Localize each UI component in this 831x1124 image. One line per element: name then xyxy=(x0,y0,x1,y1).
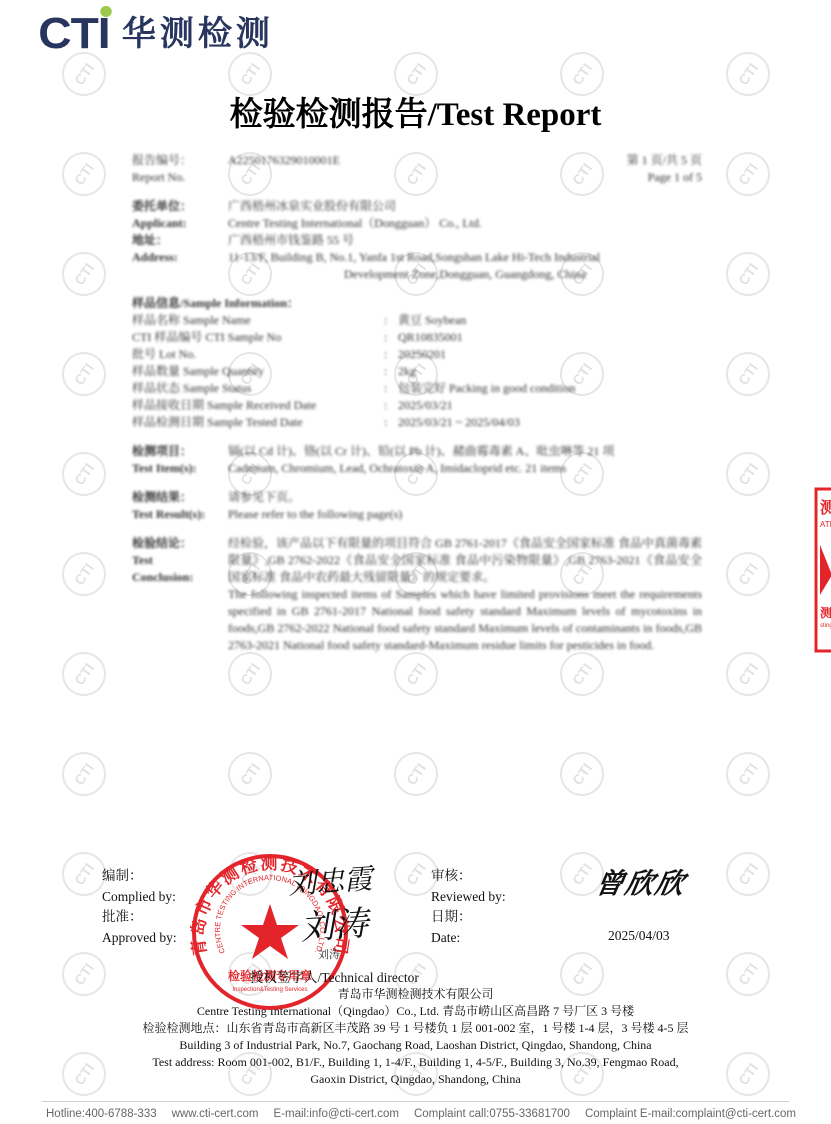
company-line-2: Centre Testing International（Qingdao）Co.… xyxy=(0,1003,831,1020)
report-title: 检验检测报告/Test Report xyxy=(0,88,831,135)
report-body: 报告编号： A2250176329010001E Report No. 第 1 … xyxy=(132,152,702,666)
cti-watermark-icon: CTI xyxy=(551,743,612,804)
report-no-label-cn: 报告编号： xyxy=(132,152,228,169)
page-number-cn: 第 1 页/共 5 页 xyxy=(627,152,702,169)
cti-watermark-icon: CTI xyxy=(385,743,446,804)
test-items-label-en: Test Item(s): xyxy=(132,460,228,477)
cti-logo: CTI 华测检测 xyxy=(40,12,274,56)
conclusion-label: 检验结论： Test Conclusion: xyxy=(132,535,228,654)
sample-info-label: 样品状态 Sample Status xyxy=(132,380,384,397)
conclusion-label-en-1: Test xyxy=(132,552,228,569)
cti-watermark-icon: CTI xyxy=(53,743,114,804)
sample-info-section: 样品信息/Sample Information： 样品名称 Sample Nam… xyxy=(132,295,702,431)
date-label-en: Date: xyxy=(431,928,506,949)
applicant-label-cn: 委托单位： xyxy=(132,198,228,215)
page-number-en: Page 1 of 5 xyxy=(627,169,702,186)
address-value-en-1: 11-13/F, Building B, No.1, Yanfa 1st Roa… xyxy=(228,249,702,266)
cti-watermark-icon: CTI xyxy=(717,243,778,304)
sample-info-colon: : xyxy=(384,346,398,363)
conclusion-section: 检验结论： Test Conclusion: 经检验，该产品以下有限量的项目符合… xyxy=(132,535,702,654)
test-items-value-cn: 镉(以 Cd 计)、铬(以 Cr 计)、铅(以 Pb 计)、赭曲霉毒素 A、吡虫… xyxy=(228,443,702,460)
conclusion-label-cn: 检验结论： xyxy=(132,535,228,552)
sample-info-label: 样品检测日期 Sample Tested Date xyxy=(132,414,384,431)
conclusion-label-en-2: Conclusion: xyxy=(132,569,228,586)
conclusion-value: 经检验，该产品以下有限量的项目符合 GB 2761-2017《食品安全国家标准 … xyxy=(228,535,702,654)
sample-info-value: 20250201 xyxy=(398,346,446,363)
company-line-6: Gaoxin District, Qingdao, Shandong, Chin… xyxy=(0,1071,831,1088)
cti-watermark-icon: CTI xyxy=(717,443,778,504)
page-edge-seal-stamp: 测 ATIO 测专 sting xyxy=(812,485,831,655)
cti-watermark-icon: CTI xyxy=(53,543,114,604)
sample-info-list: 样品名称 Sample Name:黄豆 SoybeanCTI 样品编号 CTI … xyxy=(132,312,702,431)
cti-watermark-icon: CTI xyxy=(53,643,114,704)
cti-watermark-icon: CTI xyxy=(717,743,778,804)
signature-labels-left: 编制： Complied by: 批准： Approved by: xyxy=(102,866,177,948)
sample-info-row: 样品数量 Sample Quantity:2kg xyxy=(132,363,702,380)
cti-watermark-icon: CTI xyxy=(717,343,778,404)
conclusion-value-cn: 经检验，该产品以下有限量的项目符合 GB 2761-2017《食品安全国家标准 … xyxy=(228,535,702,586)
reviewer-signature: 曾欣欣 xyxy=(592,862,689,902)
sample-info-colon: : xyxy=(384,329,398,346)
report-number-section: 报告编号： A2250176329010001E Report No. 第 1 … xyxy=(132,152,702,186)
svg-text:ATIO: ATIO xyxy=(820,520,831,529)
svg-text:测专: 测专 xyxy=(820,605,831,620)
test-items-label-cn: 检测项目： xyxy=(132,443,228,460)
sample-info-colon: : xyxy=(384,414,398,431)
test-results-label-cn: 检测结果： xyxy=(132,489,228,506)
footer-hotline: Hotline:400-6788-333 xyxy=(46,1108,157,1120)
sample-info-value: 黄豆 Soybean xyxy=(398,312,466,329)
sample-info-row: 批号 Lot No.:20250201 xyxy=(132,346,702,363)
applicant-label-en: Applicant: xyxy=(132,215,228,232)
test-results-value-en: Please refer to the following page(s) xyxy=(228,506,702,523)
svg-text:sting: sting xyxy=(820,623,831,629)
applicant-value-cn: 广西梧州冰泉实业股份有限公司 xyxy=(228,198,702,215)
sample-info-label: CTI 样品编号 CTI Sample No xyxy=(132,329,384,346)
logo-brand: CTI xyxy=(38,12,109,56)
test-results-label-en: Test Result(s): xyxy=(132,506,228,523)
footer-complaint-call: Complaint call:0755-33681700 xyxy=(414,1108,570,1120)
cti-watermark-icon: CTI xyxy=(53,343,114,404)
sample-info-value: 2025/03/21 xyxy=(398,397,453,414)
company-line-5: Test address: Room 001-002, B1/F., Build… xyxy=(0,1054,831,1071)
signature-labels-right: 审核： Reviewed by: 日期： Date: xyxy=(431,866,506,948)
footer-email[interactable]: E-mail:info@cti-cert.com xyxy=(274,1108,399,1120)
page-number: 第 1 页/共 5 页 Page 1 of 5 xyxy=(627,152,702,186)
address-label-en: Address: xyxy=(132,249,228,266)
cti-watermark-icon: CTI xyxy=(717,143,778,204)
address-value-cn: 广西梧州市钱鉴路 55 号 xyxy=(228,232,702,249)
footer-complaint-email[interactable]: Complaint E-mail:complaint@cti-cert.com xyxy=(585,1108,796,1120)
cti-watermark-icon: CTI xyxy=(53,143,114,204)
sample-info-colon: : xyxy=(384,363,398,380)
address-label-cn: 地址： xyxy=(132,232,228,249)
company-name-cn: 青岛市华测检测技术有限公司 xyxy=(0,986,831,1003)
sample-info-label: 样品名称 Sample Name xyxy=(132,312,384,329)
signer-role: 授权签字人/Technical director xyxy=(250,966,419,986)
logo-dot-icon xyxy=(100,6,112,17)
test-items-section: 检测项目：镉(以 Cd 计)、铬(以 Cr 计)、铅(以 Pb 计)、赭曲霉毒素… xyxy=(132,443,702,477)
sample-info-row: 样品检测日期 Sample Tested Date:2025/03/21 ~ 2… xyxy=(132,414,702,431)
sample-info-label: 批号 Lot No. xyxy=(132,346,384,363)
company-line-4: Building 3 of Industrial Park, No.7, Gao… xyxy=(0,1037,831,1054)
conclusion-value-en: The following inspected items of Samples… xyxy=(228,586,702,654)
sample-info-colon: : xyxy=(384,397,398,414)
approver-signature: 刘涛 xyxy=(298,896,369,950)
cti-watermark-icon: CTI xyxy=(219,743,280,804)
sample-info-heading: 样品信息/Sample Information： xyxy=(132,295,702,312)
cti-watermark-icon: CTI xyxy=(53,243,114,304)
sample-info-row: CTI 样品编号 CTI Sample No:QR10835001 xyxy=(132,329,702,346)
side-stamp-star-icon xyxy=(820,545,831,595)
sample-info-row: 样品名称 Sample Name:黄豆 Soybean xyxy=(132,312,702,329)
cti-watermark-icon: CTI xyxy=(53,443,114,504)
sample-info-label: 样品数量 Sample Quantity xyxy=(132,363,384,380)
logo-name-cn: 华测检测 xyxy=(122,17,274,51)
applicant-value-en: Centre Testing International（Dongguan） C… xyxy=(228,215,702,232)
test-items-value-en: Cadmium, Chromium, Lead, Ochratoxin A, I… xyxy=(228,460,702,477)
reviewed-label-en: Reviewed by: xyxy=(431,887,506,908)
report-no-label-en: Report No. xyxy=(132,169,228,186)
approved-label-en: Approved by: xyxy=(102,928,177,949)
footer-website[interactable]: www.cti-cert.com xyxy=(172,1108,259,1120)
sample-info-label: 样品接收日期 Sample Received Date xyxy=(132,397,384,414)
sample-info-colon: : xyxy=(384,380,398,397)
sample-info-value: 2kg xyxy=(398,363,416,380)
sample-info-row: 样品状态 Sample Status:包装完好 Packing in good … xyxy=(132,380,702,397)
cti-watermark-icon: CTI xyxy=(717,843,778,904)
compiled-label-cn: 编制： xyxy=(102,866,177,887)
page-footer: Hotline:400-6788-333 www.cti-cert.com E-… xyxy=(46,1108,796,1120)
stamp-bottom-en: Inspection&Testing Services xyxy=(232,987,307,993)
reviewed-label-cn: 审核： xyxy=(431,866,506,887)
sample-info-value: 包装完好 Packing in good condition xyxy=(398,380,575,397)
sample-info-value: 2025/03/21 ~ 2025/04/03 xyxy=(398,414,520,431)
company-line-3: 检验检测地点：山东省青岛市高新区丰茂路 39 号 1 号楼负 1 层 001-0… xyxy=(0,1020,831,1037)
signer-name: 刘涛 xyxy=(318,946,340,962)
issuing-company-info: 青岛市华测检测技术有限公司 Centre Testing Internation… xyxy=(0,986,831,1088)
cti-watermark-icon: CTI xyxy=(717,643,778,704)
date-label-cn: 日期： xyxy=(431,907,506,928)
test-results-section: 检测结果：请参见下页。 Test Result(s):Please refer … xyxy=(132,489,702,523)
approved-label-cn: 批准： xyxy=(102,907,177,928)
sample-info-value: QR10835001 xyxy=(398,329,463,346)
compiled-label-en: Complied by: xyxy=(102,887,177,908)
sample-info-colon: : xyxy=(384,312,398,329)
address-value-en-2: Development Zone,Dongguan, Guangdong, Ch… xyxy=(228,266,702,283)
stamp-star-icon xyxy=(241,904,299,959)
sample-info-row: 样品接收日期 Sample Received Date:2025/03/21 xyxy=(132,397,702,414)
svg-text:测: 测 xyxy=(820,498,831,517)
cti-watermark-icon: CTI xyxy=(717,543,778,604)
footer-divider xyxy=(42,1101,789,1102)
applicant-section: 委托单位：广西梧州冰泉实业股份有限公司 Applicant:Centre Tes… xyxy=(132,198,702,283)
report-date: 2025/04/03 xyxy=(608,928,670,944)
test-results-value-cn: 请参见下页。 xyxy=(228,489,702,506)
